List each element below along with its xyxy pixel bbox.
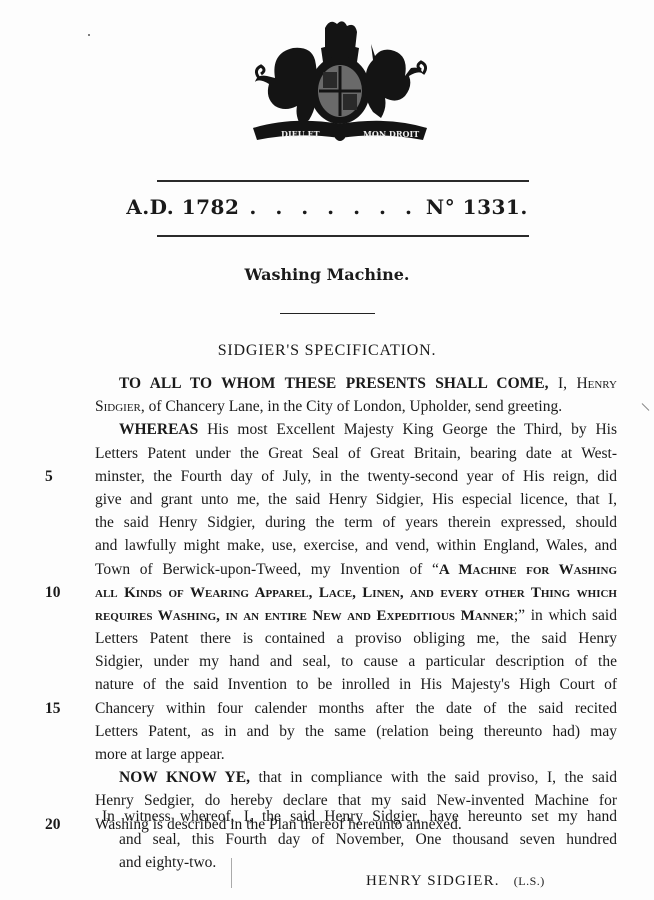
- text-run: Chancery within four calender months aft…: [95, 700, 617, 717]
- line-number: 20: [45, 813, 69, 836]
- text-run: Sidgier, under my hand and seal, to caus…: [95, 653, 617, 670]
- text-run: nature of the said Invention to be inrol…: [95, 676, 617, 693]
- heading-bottom-rule: [157, 235, 529, 237]
- text-line: WHEREAS His most Excellent Majesty King …: [95, 418, 617, 441]
- text-run: TO ALL TO WHOM THESE PRESENTS SHALL COME…: [119, 375, 549, 392]
- text-run: minster, the Fourth day of July, in the …: [95, 468, 617, 485]
- text-run: His most Excellent Majesty King George t…: [198, 421, 617, 438]
- svg-text:DIEU ET: DIEU ET: [281, 129, 320, 139]
- text-line: 5minster, the Fourth day of July, in the…: [95, 465, 617, 488]
- patent-year: A.D. 1782: [126, 195, 239, 219]
- line-number: 10: [45, 581, 69, 604]
- text-run: A Machine for Washing: [439, 562, 617, 578]
- signature-block: HENRY SIDGIER.(L.S.): [366, 873, 545, 890]
- text-line: Letters Patent there is contained a prov…: [95, 627, 617, 650]
- text-run: Letters Patent there is contained a prov…: [95, 630, 617, 647]
- patent-number: N° 1331.: [426, 195, 528, 219]
- text-line: TO ALL TO WHOM THESE PRESENTS SHALL COME…: [95, 372, 617, 395]
- text-line: NOW KNOW YE, that in compliance with the…: [95, 766, 617, 789]
- heading-dot-leader: . . . . . . .: [239, 195, 426, 219]
- patent-heading: A.D. 1782. . . . . . .N° 1331.: [0, 195, 654, 219]
- text-run: more at large appear.: [95, 746, 225, 763]
- text-run: Sidgier: [95, 398, 141, 415]
- text-line: nature of the said Invention to be inrol…: [95, 673, 617, 696]
- subject-divider: [280, 313, 375, 314]
- specification-body: TO ALL TO WHOM THESE PRESENTS SHALL COME…: [95, 372, 617, 836]
- text-line: the said Henry Sidgier, during the term …: [95, 511, 617, 534]
- text-line: and lawfully might make, use, exercise, …: [95, 534, 617, 557]
- witness-clause: In witness whereof, I, the said Henry Si…: [102, 806, 617, 876]
- text-line: give and grant unto me, the said Henry S…: [95, 488, 617, 511]
- text-run: give and grant unto me, the said Henry S…: [95, 491, 617, 508]
- text-line: more at large appear.: [95, 743, 617, 766]
- text-run: NOW KNOW YE,: [119, 769, 250, 786]
- text-run: , of Chancery Lane, in the City of Londo…: [141, 398, 562, 415]
- text-run: Letters Patent, as in and by the same (r…: [95, 723, 617, 740]
- seal-mark: (L.S.): [514, 874, 545, 888]
- text-run: WHEREAS: [119, 421, 198, 438]
- text-line: Letters Patent under the Great Seal of G…: [95, 442, 617, 465]
- text-line: Letters Patent, as in and by the same (r…: [95, 720, 617, 743]
- line-number: 5: [45, 465, 69, 488]
- text-run: Town of Berwick-upon-Tweed, my Invention…: [95, 561, 439, 578]
- text-run: Henry: [576, 375, 617, 392]
- witness-line: In witness whereof, I, the said Henry Si…: [102, 806, 617, 829]
- svg-text:MON DROIT: MON DROIT: [363, 129, 419, 139]
- text-line: requires Washing, in an entire New and E…: [95, 604, 617, 627]
- text-run: I,: [549, 375, 577, 392]
- text-run: the said Henry Sidgier, during the term …: [95, 514, 617, 531]
- text-line: 10all Kinds of Wearing Apparel, Lace, Li…: [95, 581, 617, 604]
- text-run: that in compliance with the said proviso…: [250, 769, 617, 786]
- text-line: Sidgier, under my hand and seal, to caus…: [95, 650, 617, 673]
- text-line: 15Chancery within four calender months a…: [95, 697, 617, 720]
- specification-title: SIDGIER'S SPECIFICATION.: [0, 342, 654, 360]
- signatory-name: HENRY SIDGIER.: [366, 873, 500, 889]
- text-run: requires Washing, in an entire New and E…: [95, 608, 514, 624]
- text-run: ;” in which said: [514, 607, 617, 624]
- text-run: all Kinds of Wearing Apparel, Lace, Line…: [95, 585, 617, 601]
- witness-line: and seal, this Fourth day of November, O…: [102, 829, 617, 852]
- text-run: Letters Patent under the Great Seal of G…: [95, 445, 617, 462]
- text-line: Town of Berwick-upon-Tweed, my Invention…: [95, 558, 617, 581]
- royal-coat-of-arms-icon: DIEU ET MON DROIT: [245, 18, 435, 148]
- line-number: 15: [45, 697, 69, 720]
- text-line: Sidgier, of Chancery Lane, in the City o…: [95, 395, 617, 418]
- text-run: and lawfully might make, use, exercise, …: [95, 537, 617, 554]
- heading-top-rule: [157, 180, 529, 182]
- patent-subject-title: Washing Machine.: [0, 265, 654, 284]
